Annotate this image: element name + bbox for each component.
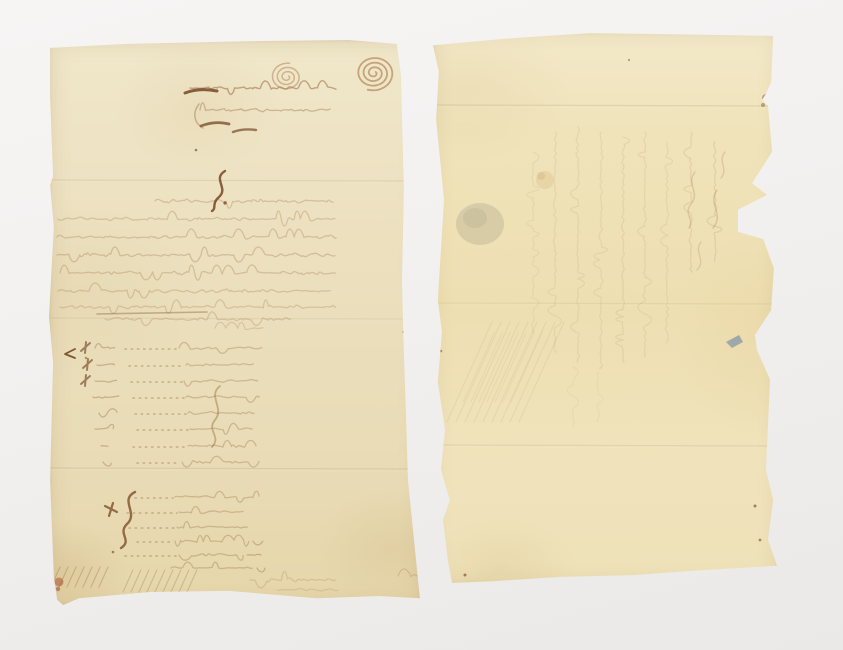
photo-backdrop <box>0 0 843 650</box>
manuscript-page-right <box>433 32 778 584</box>
manuscript-page-left-ink-layer <box>49 40 421 605</box>
manuscript-page-left <box>49 40 421 605</box>
manuscript-page-right-ink-layer <box>433 32 778 584</box>
